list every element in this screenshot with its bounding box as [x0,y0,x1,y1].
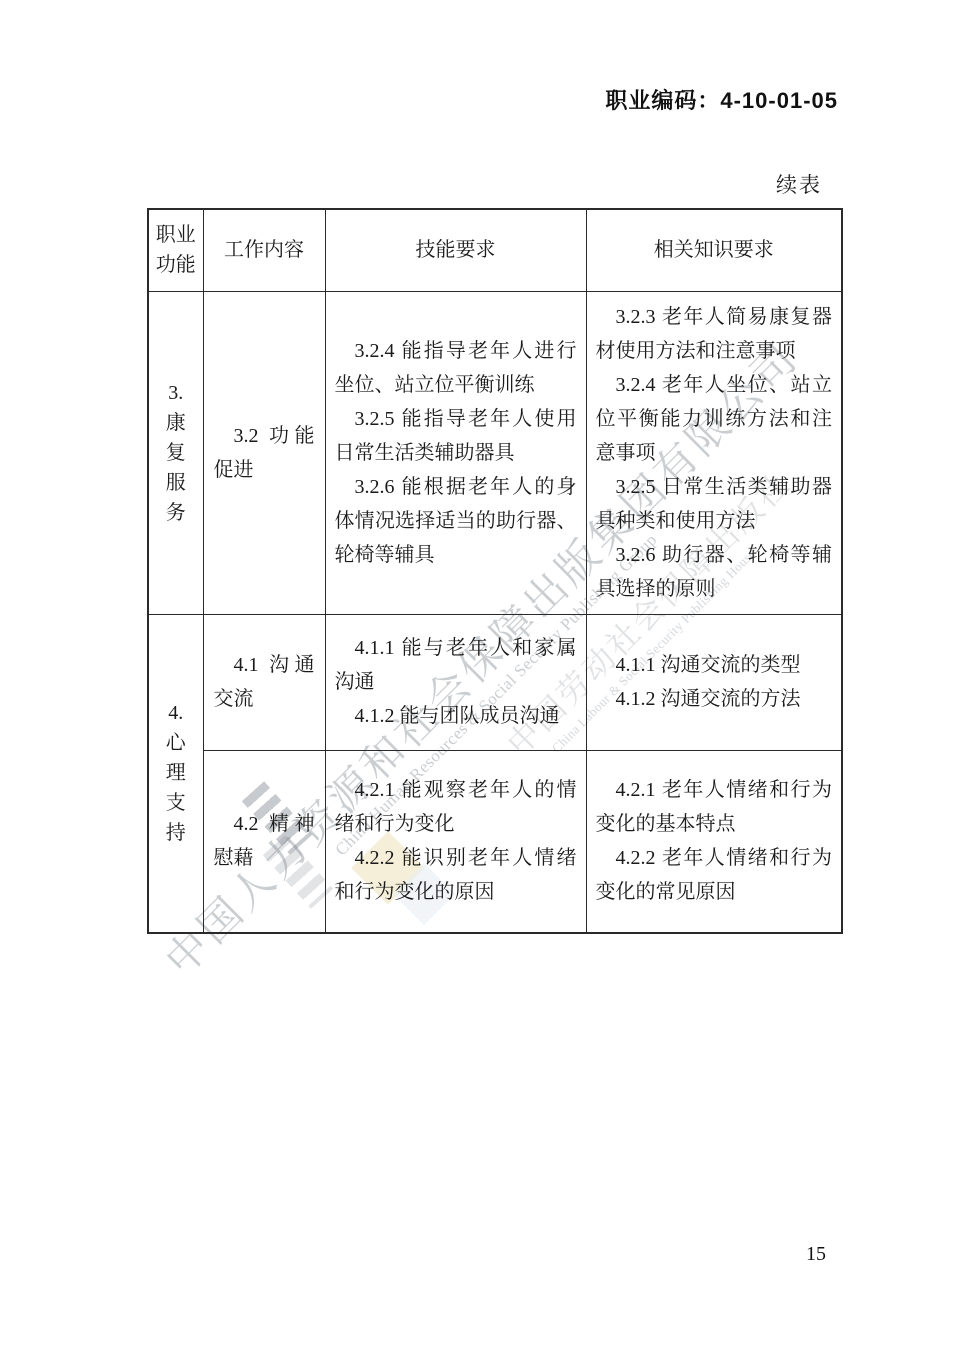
requirement-item: 3.2.5 能指导老年人使用日常生活类辅助器具 [335,402,577,470]
occupation-code: 职业编码：4-10-01-05 [605,84,838,115]
table-row: 4.2 精神慰藉 4.2.1 能观察老年人的情绪和行为变化4.2.2 能识别老年… [148,750,842,933]
table-header-row: 职业功能 工作内容 技能要求 相关知识要求 [148,209,842,291]
requirement-item: 4.2.1 老年人情绪和行为变化的基本特点 [596,773,833,841]
requirement-item: 3.2.3 老年人简易康复器材使用方法和注意事项 [596,300,833,368]
document-page: 中国人力资源和社会保障出版集团有限公司 China Human Resource… [0,0,970,1361]
work-content-cell: 4.2 精神慰藉 [203,750,325,933]
requirement-item: 3.2.6 能根据老年人的身体情况选择适当的助行器、轮椅等辅具 [335,470,577,572]
work-content-cell: 3.2 功能促进 [203,291,325,614]
knowledge-cell: 4.1.1 沟通交流的类型4.1.2 沟通交流的方法 [586,614,842,750]
requirement-item: 3.2.4 能指导老年人进行坐位、站立位平衡训练 [335,334,577,402]
col-header-knowledge-requirements: 相关知识要求 [586,209,842,291]
table-row: 3. 康复服务 3.2 功能促进 3.2.4 能指导老年人进行坐位、站立位平衡训… [148,291,842,614]
requirement-item: 4.2.2 能识别老年人情绪和行为变化的原因 [335,841,577,909]
requirement-item: 4.2.1 能观察老年人的情绪和行为变化 [335,773,577,841]
continued-table-label: 续表 [776,169,822,199]
standard-requirements-table: 职业功能 工作内容 技能要求 相关知识要求 3. 康复服务 3.2 功能促进 3… [147,208,843,934]
col-header-occupational-function: 职业功能 [148,209,203,291]
skills-cell: 4.1.1 能与老年人和家属沟通4.1.2 能与团队成员沟通 [325,614,586,750]
requirement-item: 4.1.2 能与团队成员沟通 [335,699,577,733]
knowledge-cell: 3.2.3 老年人简易康复器材使用方法和注意事项3.2.4 老年人坐位、站立位平… [586,291,842,614]
requirement-item: 3.2.5 日常生活类辅助器具种类和使用方法 [596,470,833,538]
function-cell-psychological: 4. 心理支持 [148,614,203,933]
function-number: 3. [149,378,203,408]
requirement-item: 3.2.6 助行器、轮椅等辅具选择的原则 [596,538,833,606]
function-name: 心理支持 [166,728,186,848]
requirement-item: 4.1.1 沟通交流的类型 [596,648,833,682]
requirement-item: 4.1.2 沟通交流的方法 [596,682,833,716]
requirement-item: 4.2.2 老年人情绪和行为变化的常见原因 [596,841,833,909]
table-row: 4. 心理支持 4.1 沟通交流 4.1.1 能与老年人和家属沟通4.1.2 能… [148,614,842,750]
requirement-item: 4.1.1 能与老年人和家属沟通 [335,631,577,699]
col-header-skill-requirements: 技能要求 [325,209,586,291]
col-header-work-content: 工作内容 [203,209,325,291]
work-content-cell: 4.1 沟通交流 [203,614,325,750]
skills-cell: 3.2.4 能指导老年人进行坐位、站立位平衡训练3.2.5 能指导老年人使用日常… [325,291,586,614]
requirement-item: 3.2.4 老年人坐位、站立位平衡能力训练方法和注意事项 [596,368,833,470]
knowledge-cell: 4.2.1 老年人情绪和行为变化的基本特点4.2.2 老年人情绪和行为变化的常见… [586,750,842,933]
skills-cell: 4.2.1 能观察老年人的情绪和行为变化4.2.2 能识别老年人情绪和行为变化的… [325,750,586,933]
page-number: 15 [806,1243,826,1266]
function-name: 康复服务 [166,408,186,528]
function-number: 4. [149,698,203,728]
function-cell-rehabilitation: 3. 康复服务 [148,291,203,614]
